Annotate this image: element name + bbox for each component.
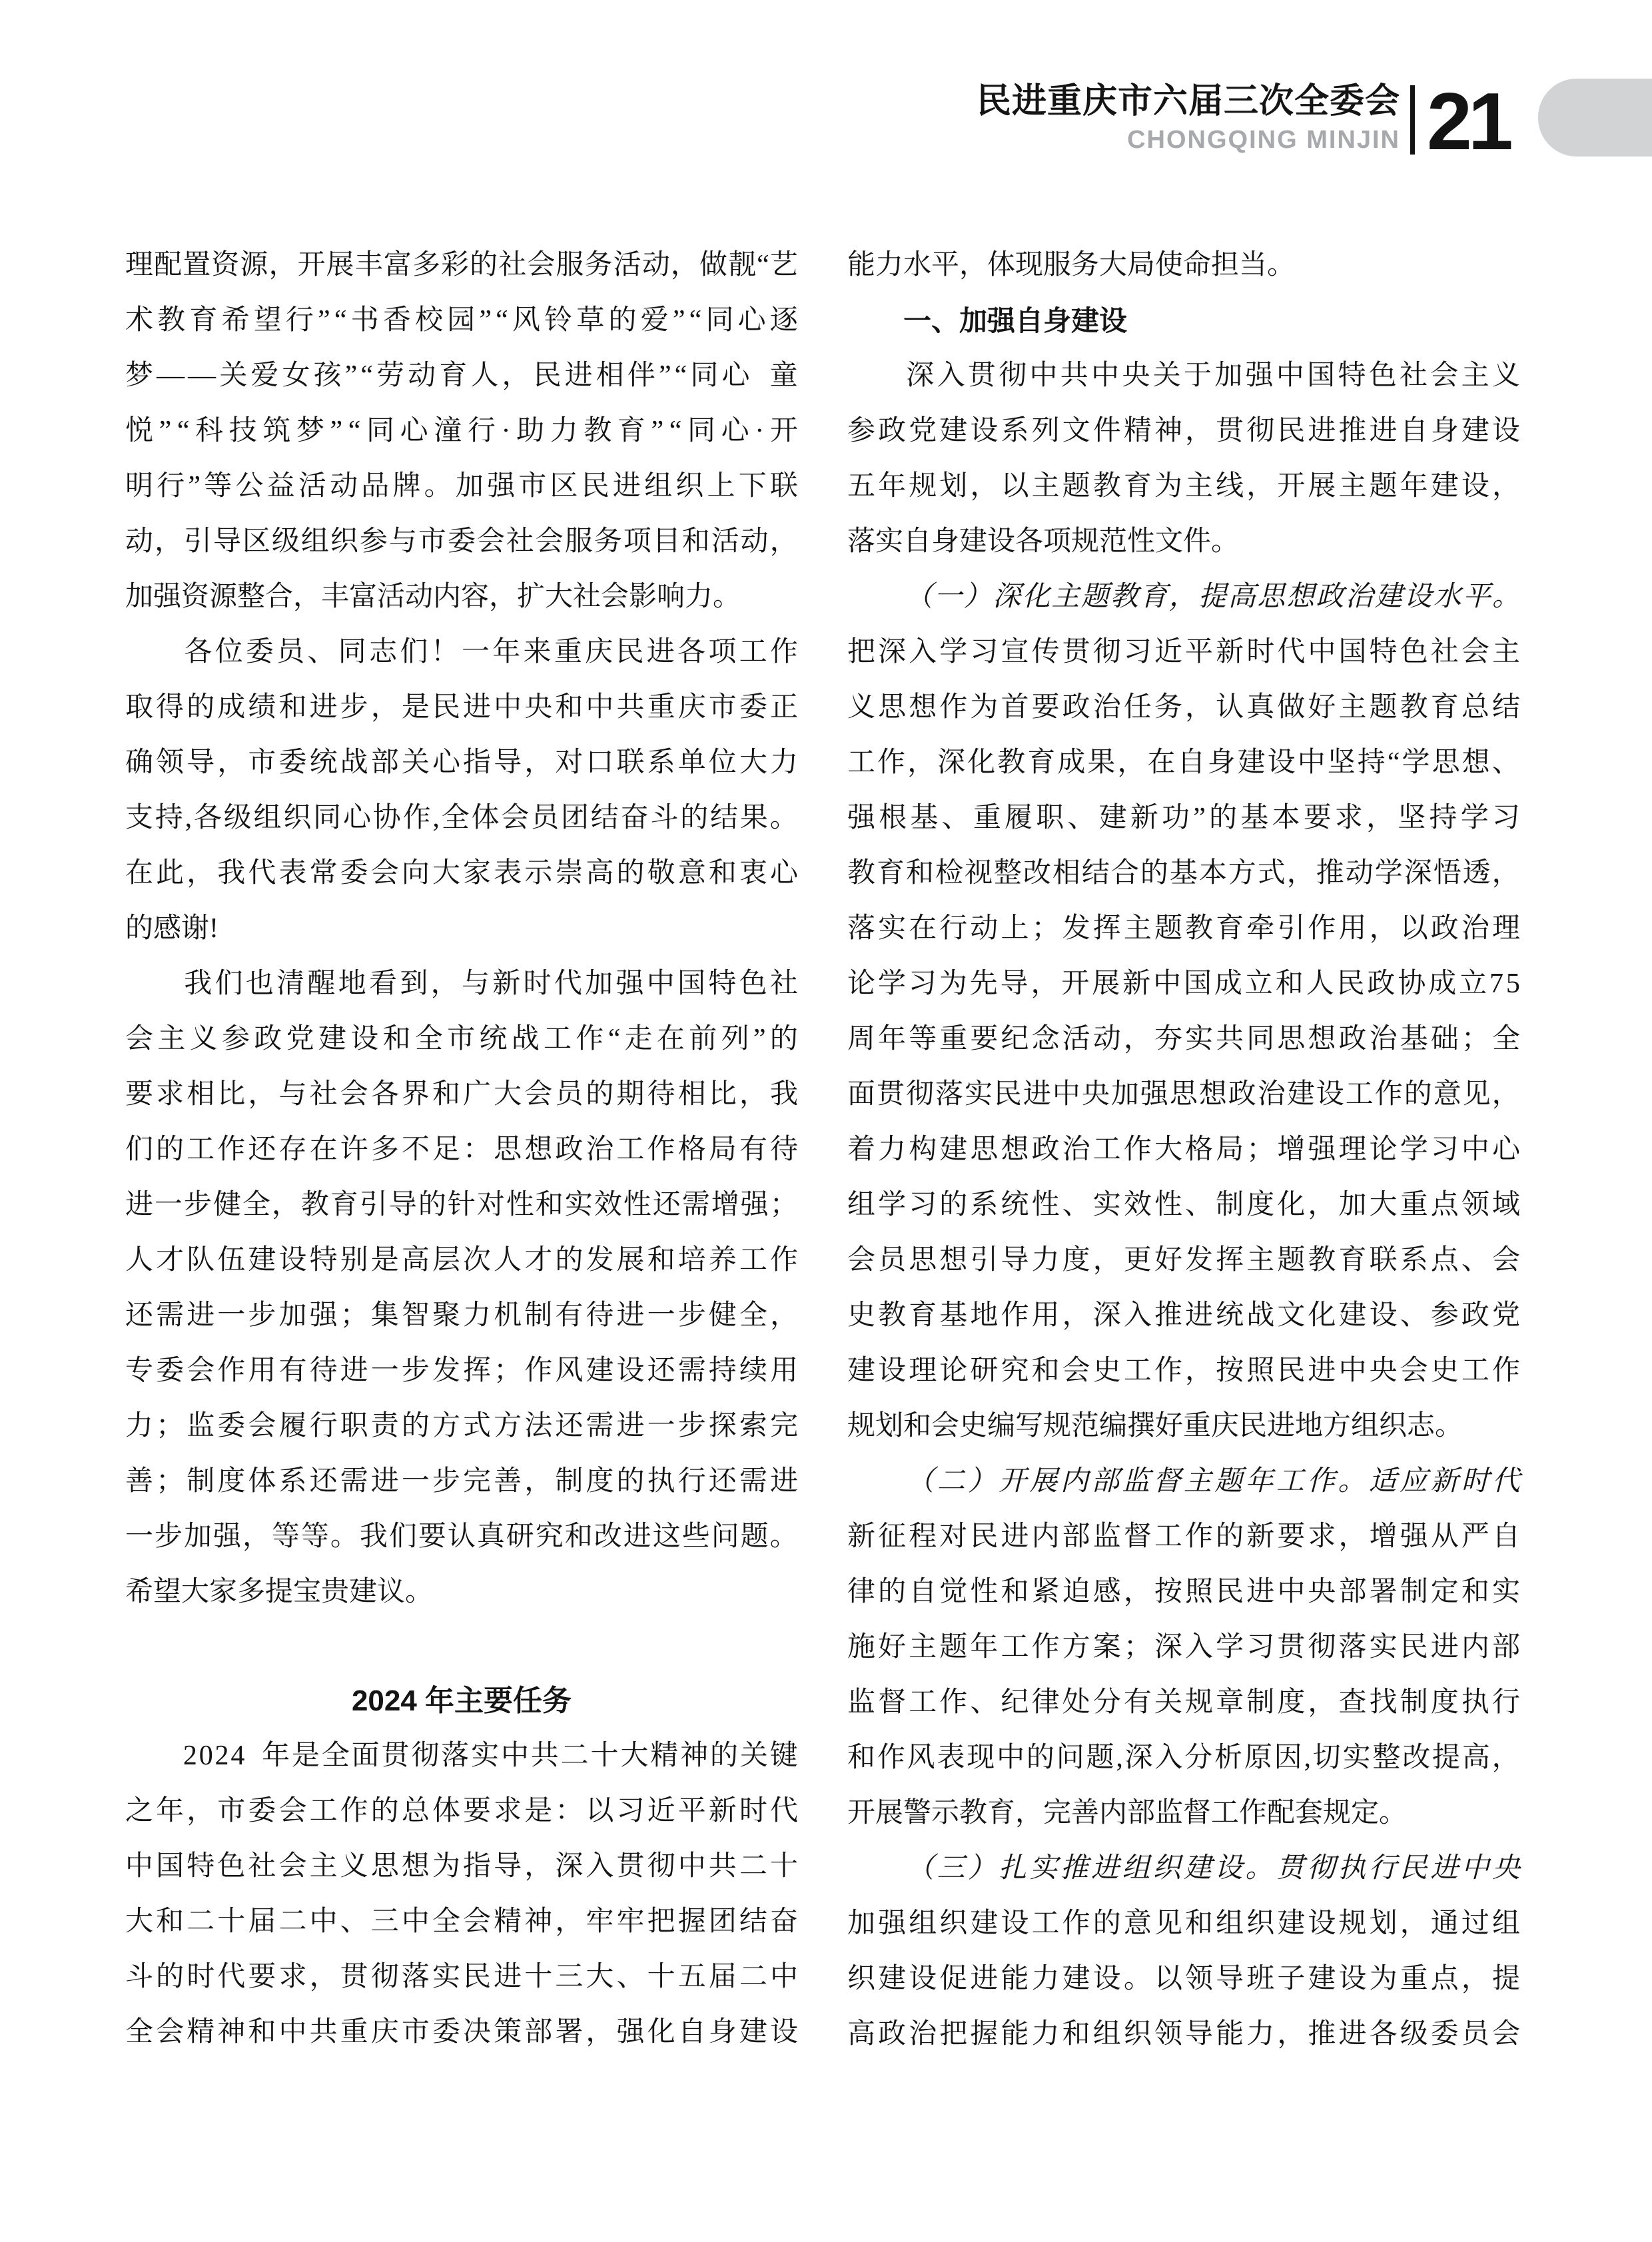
- text-line: 律的自觉性和紧迫感，按照民进中央部署制定和实: [847, 1565, 1520, 1620]
- text-line: 希望大家多提宝贵建议。: [125, 1565, 798, 1620]
- text-line: 规划和会史编写规范编撰好重庆民进地方组织志。: [847, 1399, 1520, 1454]
- text-line: 进一步健全，教育引导的针对性和实效性还需增强；: [125, 1178, 798, 1233]
- text-line: 新征程对民进内部监督工作的新要求，增强从严自: [847, 1509, 1520, 1565]
- text-line: 各位委员、同志们！一年来重庆民进各项工作: [125, 625, 798, 680]
- left-column: 理配置资源，开展丰富多彩的社会服务活动，做靓“艺术教育希望行”“书香校园”“风铃…: [125, 238, 798, 2060]
- text-line: 强根基、重履职、建新功”的基本要求，坚持学习: [847, 791, 1520, 846]
- text-line: 开展警示教育，完善内部监督工作配套规定。: [847, 1786, 1520, 1841]
- text-line: 还需进一步加强；集智聚力机制有待进一步健全，: [125, 1288, 798, 1343]
- text-line: 善；制度体系还需进一步完善，制度的执行还需进: [125, 1454, 798, 1509]
- text-line: 理配置资源，开展丰富多彩的社会服务活动，做靓“艺: [125, 238, 798, 293]
- text-line: 加强组织建设工作的意见和组织建设规划，通过组: [847, 1896, 1520, 1952]
- text-line: 人才队伍建设特别是高层次人才的发展和培养工作: [125, 1233, 798, 1288]
- text-line: 组学习的系统性、实效性、制度化，加大重点领域: [847, 1178, 1520, 1233]
- text-line: 支持,各级组织同心协作,全体会员团结奋斗的结果。: [125, 791, 798, 846]
- text-line: 监督工作、纪律处分有关规章制度，查找制度执行: [847, 1675, 1520, 1730]
- text-line: 我们也清醒地看到，与新时代加强中国特色社: [125, 956, 798, 1012]
- right-column: 能力水平，体现服务大局使命担当。一、加强自身建设深入贯彻中共中央关于加强中国特色…: [847, 238, 1520, 2062]
- text-line: 会员思想引导力度，更好发挥主题教育联系点、会: [847, 1233, 1520, 1288]
- text-line: 的感谢!: [125, 901, 798, 956]
- text-line: 史教育基地作用，深入推进统战文化建设、参政党: [847, 1288, 1520, 1343]
- text-line: 和作风表现中的问题,深入分析原因,切实整改提高，: [847, 1730, 1520, 1786]
- text-line: 确领导，市委统战部关心指导，对口联系单位大力: [125, 735, 798, 791]
- text-line: 施好主题年工作方案；深入学习贯彻落实民进内部: [847, 1620, 1520, 1675]
- text-line: 梦——关爱女孩”“劳动育人，民进相伴”“同心童: [125, 348, 798, 404]
- text-line: 们的工作还存在许多不足：思想政治工作格局有待: [125, 1122, 798, 1178]
- header-tab-shape: [1538, 79, 1652, 157]
- page-header: 民进重庆市六届三次全委会 CHONGQING MINJIN 21: [0, 0, 1652, 200]
- text-line: 大和二十届二中、三中全会精神，牢牢把握团结奋: [125, 1894, 798, 1950]
- text-line: （二）开展内部监督主题年工作。适应新时代: [847, 1454, 1520, 1509]
- text-line: 明行”等公益活动品牌。加强市区民进组织上下联: [125, 459, 798, 514]
- text-line: 术教育希望行”“书香校园”“风铃草的爱”“同心逐: [125, 293, 798, 348]
- text-line: 五年规划，以主题教育为主线，开展主题年建设，: [847, 459, 1520, 514]
- section-heading: 一、加强自身建设: [847, 293, 1520, 348]
- text-line: 教育和检视整改相结合的基本方式，推动学深悟透，: [847, 846, 1520, 901]
- text-line: 义思想作为首要政治任务，认真做好主题教育总结: [847, 680, 1520, 735]
- text-line: 专委会作用有待进一步发挥；作风建设还需持续用: [125, 1343, 798, 1399]
- text-line: 周年等重要纪念活动，夯实共同思想政治基础；全: [847, 1012, 1520, 1067]
- document-page: 民进重庆市六届三次全委会 CHONGQING MINJIN 21 理配置资源，开…: [0, 0, 1652, 2242]
- text-line: 斗的时代要求，贯彻落实民进十三大、十五届二中: [125, 1950, 798, 2005]
- text-line: 参政党建设系列文件精神，贯彻民进推进自身建设: [847, 404, 1520, 459]
- text-line: 在此，我代表常委会向大家表示崇高的敬意和衷心: [125, 846, 798, 901]
- text-line: 落实在行动上；发挥主题教育牵引作用，以政治理: [847, 901, 1520, 956]
- text-line: 把深入学习宣传贯彻习近平新时代中国特色社会主: [847, 625, 1520, 680]
- text-line: 着力构建思想政治工作大格局；增强理论学习中心: [847, 1122, 1520, 1178]
- text-line: 高政治把握能力和组织领导能力，推进各级委员会: [847, 2007, 1520, 2062]
- text-line: 全会精神和中共重庆市委决策部署，强化自身建设: [125, 2005, 798, 2060]
- header-divider: [1410, 85, 1415, 155]
- text-line: 之年，市委会工作的总体要求是：以习近平新时代: [125, 1784, 798, 1839]
- text-line: 工作，深化教育成果，在自身建设中坚持“学思想、: [847, 735, 1520, 791]
- section-heading: 2024 年主要任务: [125, 1673, 798, 1728]
- text-line: （三）扎实推进组织建设。贯彻执行民进中央: [847, 1841, 1520, 1896]
- text-line: 取得的成绩和进步，是民进中央和中共重庆市委正: [125, 680, 798, 735]
- text-line: （一）深化主题教育，提高思想政治建设水平。: [847, 569, 1520, 625]
- text-line: 论学习为先导，开展新中国成立和人民政协成立75: [847, 956, 1520, 1012]
- text-line: 动，引导区级组织参与市委会社会服务项目和活动，: [125, 514, 798, 569]
- text-line: 加强资源整合，丰富活动内容，扩大社会影响力。: [125, 569, 798, 625]
- text-line: 建设理论研究和会史工作，按照民进中央会史工作: [847, 1343, 1520, 1399]
- text-line: 面贯彻落实民进中央加强思想政治建设工作的意见，: [847, 1067, 1520, 1122]
- text-line: 2024年是全面贯彻落实中共二十大精神的关键: [125, 1728, 798, 1784]
- text-line: 落实自身建设各项规范性文件。: [847, 514, 1520, 569]
- journal-title: 民进重庆市六届三次全委会: [977, 83, 1400, 120]
- text-line: 中国特色社会主义思想为指导，深入贯彻中共二十: [125, 1839, 798, 1894]
- page-number: 21: [1427, 87, 1509, 156]
- text-line: 深入贯彻中共中央关于加强中国特色社会主义: [847, 348, 1520, 404]
- text-line: 会主义参政党建设和全市统战工作“走在前列”的: [125, 1012, 798, 1067]
- text-line: 一步加强，等等。我们要认真研究和改进这些问题。: [125, 1509, 798, 1565]
- text-line: 能力水平，体现服务大局使命担当。: [847, 238, 1520, 293]
- text-line: 力；监委会履行职责的方式方法还需进一步探索完: [125, 1399, 798, 1454]
- text-line: 织建设促进能力建设。以领导班子建设为重点，提: [847, 1952, 1520, 2007]
- text-line: 要求相比，与社会各界和广大会员的期待相比，我: [125, 1067, 798, 1122]
- journal-subtitle: CHONGQING MINJIN: [1127, 127, 1400, 153]
- text-line: 悦”“科技筑梦”“同心潼行·助力教育”“同心·开: [125, 404, 798, 459]
